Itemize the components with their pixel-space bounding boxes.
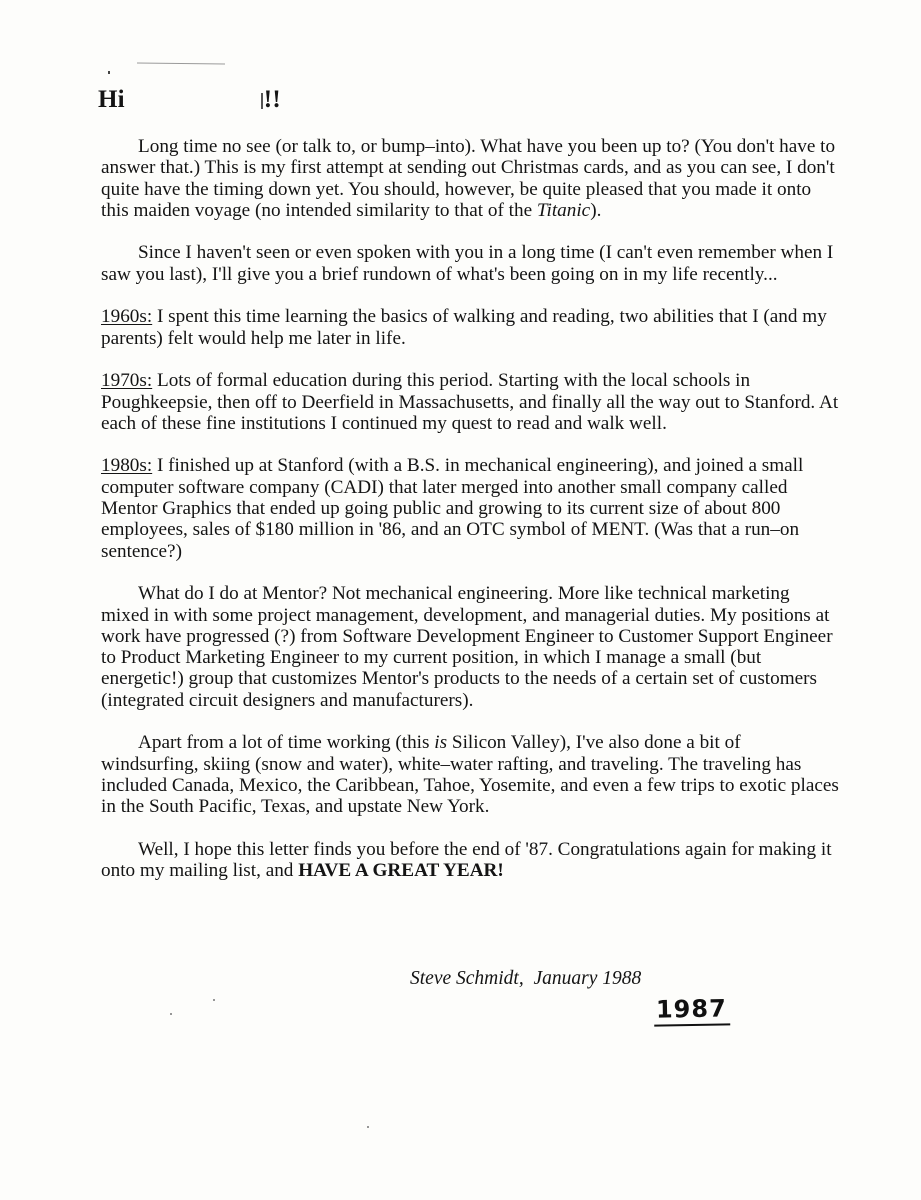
letter-paragraph: Long time no see (or talk to, or bump–in…	[101, 136, 841, 221]
decade-heading: 1970s:	[101, 370, 152, 391]
decade-heading: 1980s:	[101, 455, 152, 476]
text-segment: What do I do at Mentor? Not mechanical e…	[101, 583, 833, 710]
letter-paragraph: Since I haven't seen or even spoken with…	[101, 242, 841, 285]
letter-paragraph: Well, I hope this letter finds you befor…	[101, 839, 841, 882]
speck	[170, 1013, 172, 1015]
redaction-mark	[261, 93, 263, 109]
bold-text: HAVE A GREAT YEAR!	[298, 860, 504, 881]
letter-paragraph: What do I do at Mentor? Not mechanical e…	[101, 583, 841, 711]
text-segment: Apart from a lot of time working (this	[138, 732, 434, 753]
text-segment: Since I haven't seen or even spoken with…	[101, 242, 833, 284]
scan-artifact-mark	[108, 71, 110, 74]
decade-paragraph: 1970s: Lots of formal education during t…	[101, 370, 841, 434]
italic-text: is	[434, 732, 447, 753]
speck	[367, 1126, 369, 1128]
text-segment: Lots of formal education during this per…	[101, 370, 838, 434]
letter-paragraph: Apart from a lot of time working (this i…	[101, 732, 841, 817]
greeting-start: Hi	[98, 86, 125, 113]
handwritten-year-correction: 1987	[654, 995, 730, 1026]
italic-text: Titanic	[537, 200, 590, 221]
greeting: Hi!!	[98, 86, 281, 114]
signature: Steve Schmidt, January 1988	[410, 968, 641, 990]
scan-artifact-line	[137, 63, 225, 65]
text-segment: I spent this time learning the basics of…	[101, 306, 827, 348]
decade-heading: 1960s:	[101, 306, 152, 327]
speck	[213, 999, 215, 1001]
text-segment: Long time no see (or talk to, or bump–in…	[101, 136, 835, 221]
text-segment: I finished up at Stanford (with a B.S. i…	[101, 455, 803, 561]
decade-paragraph: 1980s: I finished up at Stanford (with a…	[101, 455, 841, 561]
text-segment: ).	[590, 200, 601, 221]
letter-page: Hi!! Long time no see (or talk to, or bu…	[0, 0, 921, 1200]
decade-paragraph: 1960s: I spent this time learning the ba…	[101, 306, 841, 349]
letter-body: Long time no see (or talk to, or bump–in…	[101, 136, 841, 903]
greeting-end: !!	[264, 86, 281, 113]
